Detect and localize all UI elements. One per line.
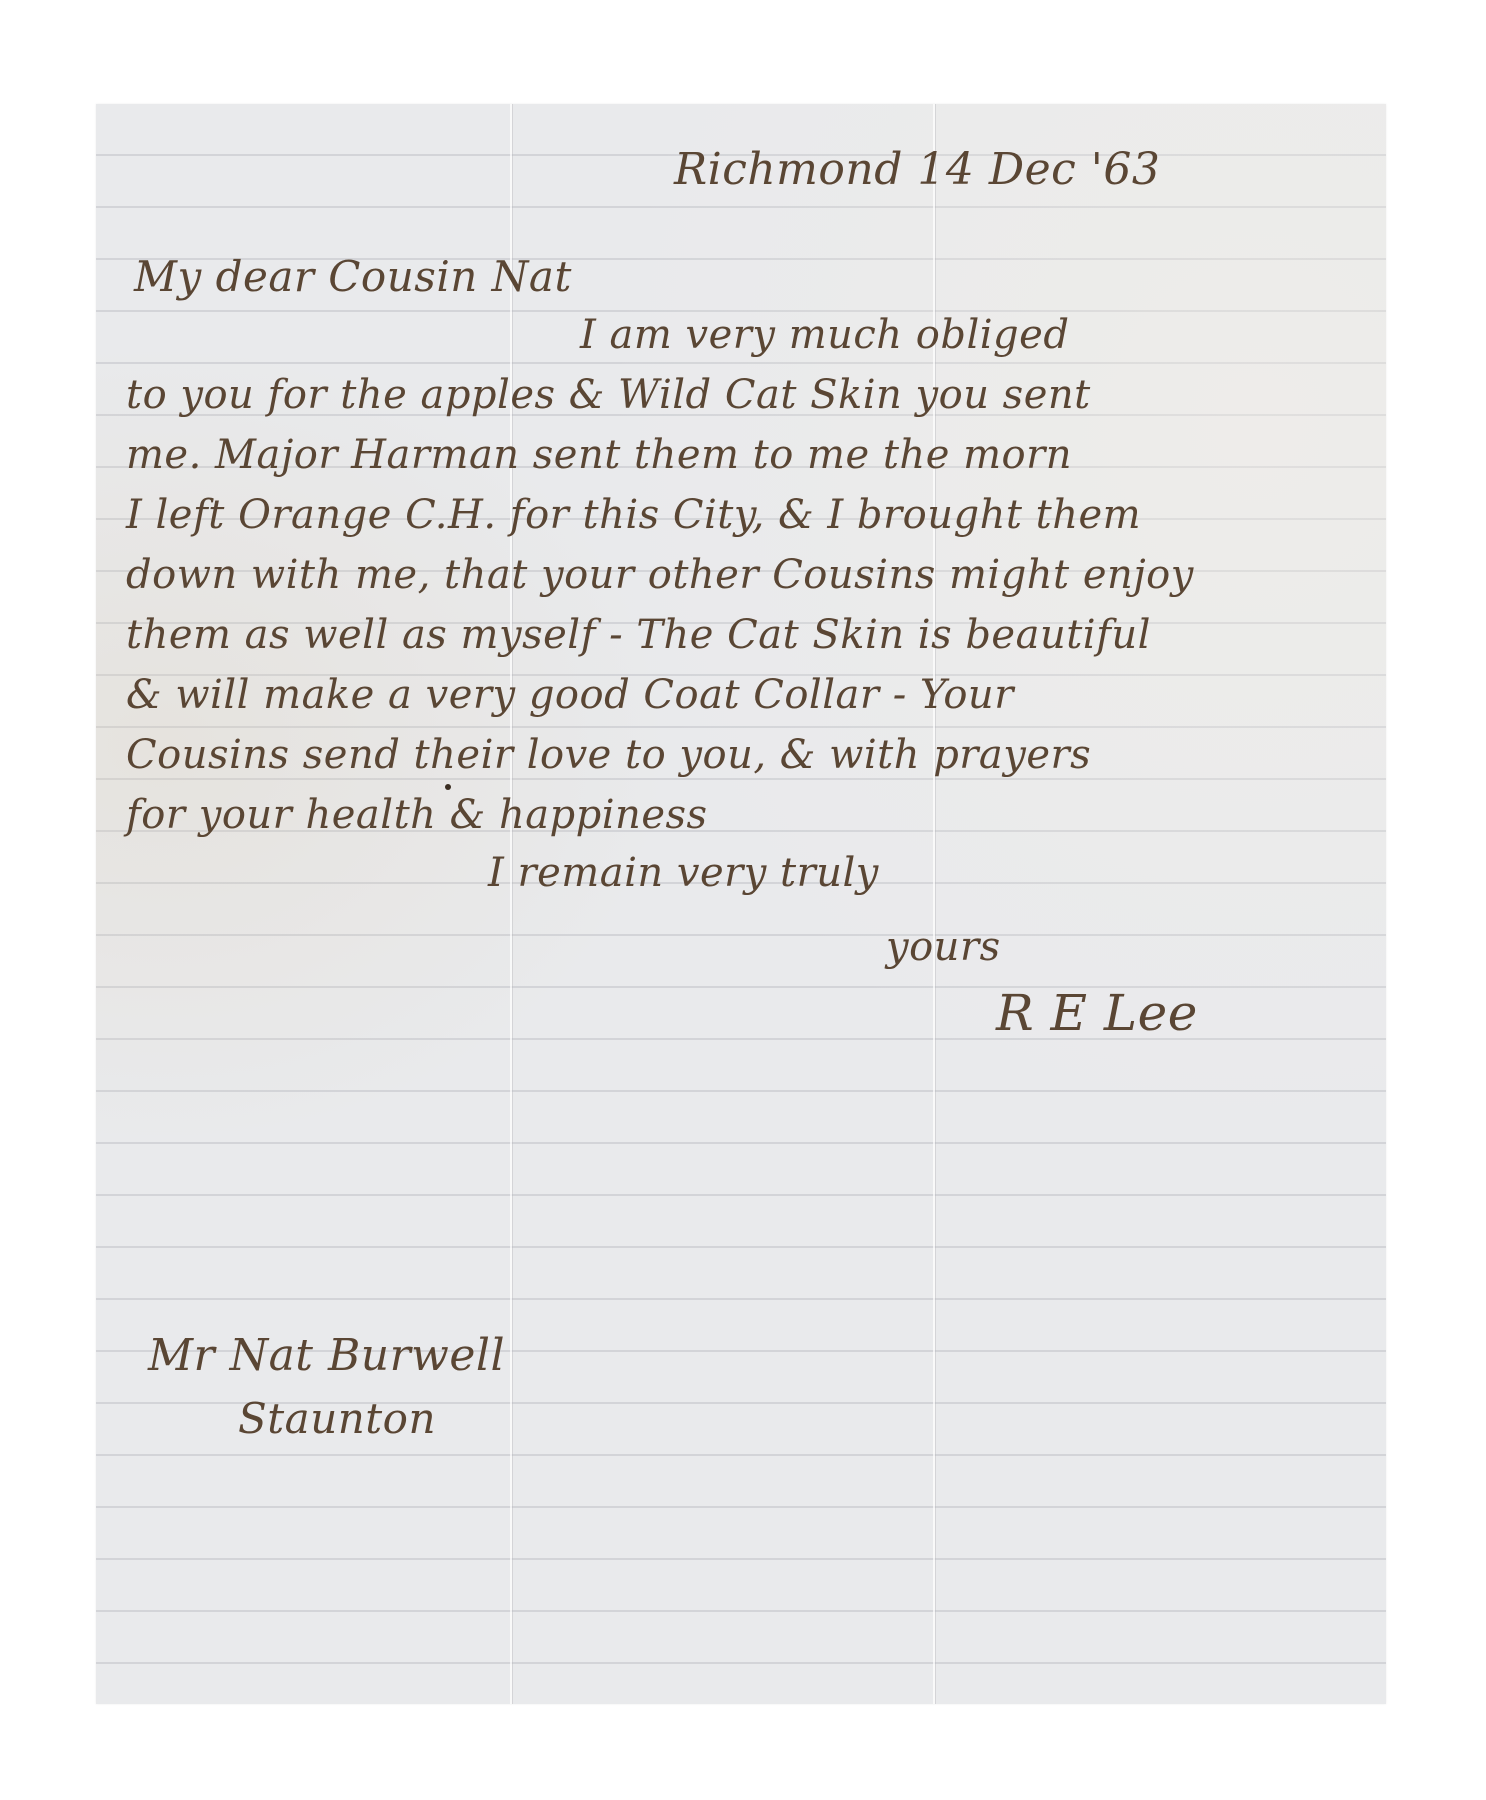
body-line-8: Cousins send their love to you, & with p… xyxy=(126,732,1091,778)
body-line-6: them as well as myself - The Cat Skin is… xyxy=(126,612,1151,658)
body-line-7: & will make a very good Coat Collar - Yo… xyxy=(126,672,1014,718)
body-line-2: to you for the apples & Wild Cat Skin yo… xyxy=(126,372,1091,418)
salutation: My dear Cousin Nat xyxy=(134,252,572,301)
signature: R E Lee xyxy=(996,984,1198,1042)
address-name: Mr Nat Burwell xyxy=(148,1330,505,1381)
address-place: Staunton xyxy=(238,1394,436,1443)
body-line-3: me. Major Harman sent them to me the mor… xyxy=(126,432,1072,478)
closing-line-1: I remain very truly xyxy=(488,850,879,896)
fold-line xyxy=(510,104,512,1704)
body-line-9: for your health & happiness xyxy=(126,792,708,838)
pin-hole xyxy=(445,784,451,790)
body-line-1: I am very much obliged xyxy=(580,312,1069,358)
closing-line-2: yours xyxy=(886,924,1001,970)
body-line-5: down with me, that your other Cousins mi… xyxy=(126,552,1194,598)
letter-paper: Richmond 14 Dec '63 My dear Cousin Nat I… xyxy=(96,104,1386,1704)
body-line-4: I left Orange C.H. for this City, & I br… xyxy=(126,492,1141,538)
dateline: Richmond 14 Dec '63 xyxy=(674,144,1160,195)
